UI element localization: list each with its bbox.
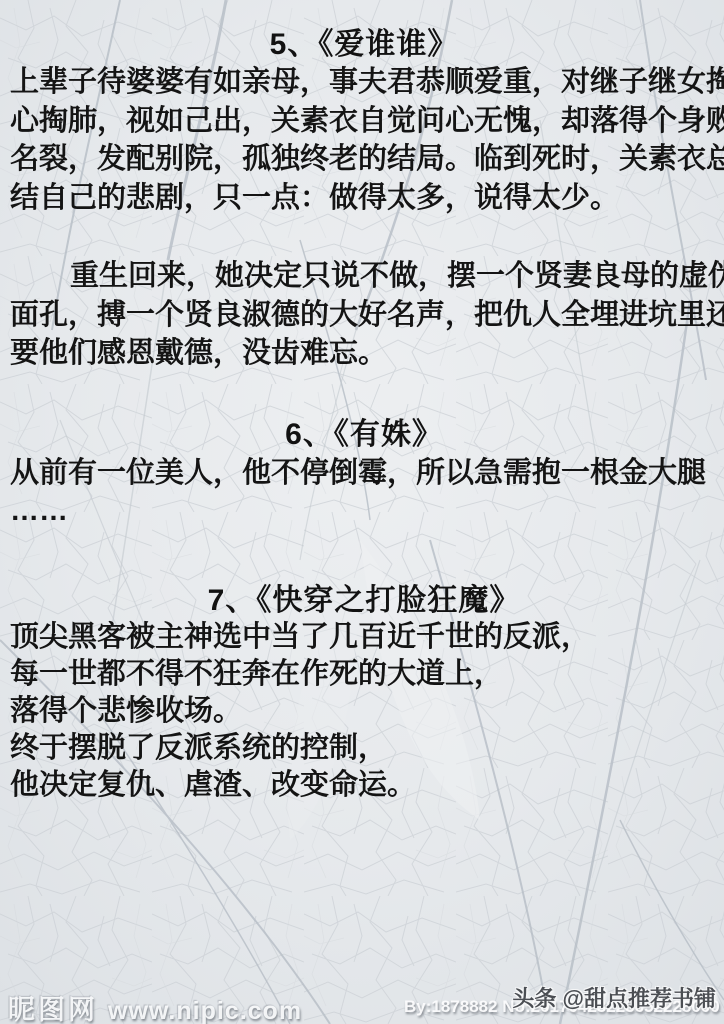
text-line: 顶尖黑客被主神选中当了几百近千世的反派， — [10, 619, 718, 656]
text-line: 要他们感恩戴德，没齿难忘。 — [10, 334, 718, 373]
text-line: 终于摆脱了反派系统的控制， — [10, 730, 718, 767]
novel-6-title: 6、《有姝》 — [10, 417, 718, 453]
text-line: 每一世都不得不狂奔在作死的大道上， — [10, 656, 718, 693]
text-line: 落得个悲惨收场。 — [10, 693, 718, 730]
novel-7-title: 7、《快穿之打脸狂魔》 — [10, 583, 718, 619]
novel-5-paragraph-1: 上辈子待婆婆有如亲母，事夫君恭顺爱重，对继子继女掏 心掏肺，视如己出，关素衣自觉… — [10, 63, 718, 217]
text-line: 面孔，搏一个贤良淑德的大好名声，把仇人全埋进坑里还 — [10, 296, 718, 335]
novel-5-paragraph-2: 重生回来，她决定只说不做，摆一个贤妻良母的虚伪 面孔，搏一个贤良淑德的大好名声，… — [10, 257, 718, 373]
novel-6-paragraph-1: 从前有一位美人，他不停倒霉，所以急需抱一根金大腿 …… — [10, 454, 718, 531]
book-list: 5、《爱谁谁》 上辈子待婆婆有如亲母，事夫君恭顺爱重，对继子继女掏 心掏肺，视如… — [10, 0, 718, 804]
toutiao-account-watermark: 头条 @甜点推荐书铺 — [512, 982, 716, 1013]
text-line: 心掏肺，视如己出，关素衣自觉问心无愧，却落得个身败 — [10, 102, 718, 141]
text-line: 上辈子待婆婆有如亲母，事夫君恭顺爱重，对继子继女掏 — [10, 63, 718, 102]
nipic-watermark: 昵图网www.nipic.com — [8, 988, 302, 1024]
text-line: 从前有一位美人，他不停倒霉，所以急需抱一根金大腿 — [10, 454, 718, 493]
text-line: 重生回来，她决定只说不做，摆一个贤妻良母的虚伪 — [10, 257, 718, 296]
nipic-logo-text: 昵图网 — [8, 995, 98, 1024]
text-line: 结自己的悲剧，只一点：做得太多，说得太少。 — [10, 179, 718, 218]
text-line: …… — [10, 492, 718, 531]
text-line: 名裂，发配别院，孤独终老的结局。临到死时，关素衣总 — [10, 140, 718, 179]
nipic-url-text: www.nipic.com — [108, 997, 302, 1024]
page: 5、《爱谁谁》 上辈子待婆婆有如亲母，事夫君恭顺爱重，对继子继女掏 心掏肺，视如… — [0, 0, 724, 1024]
text-line: 他决定复仇、虐渣、改变命运。 — [10, 767, 718, 804]
novel-5-title: 5、《爱谁谁》 — [10, 0, 718, 63]
novel-7-paragraph-1: 顶尖黑客被主神选中当了几百近千世的反派， 每一世都不得不狂奔在作死的大道上， 落… — [10, 619, 718, 804]
